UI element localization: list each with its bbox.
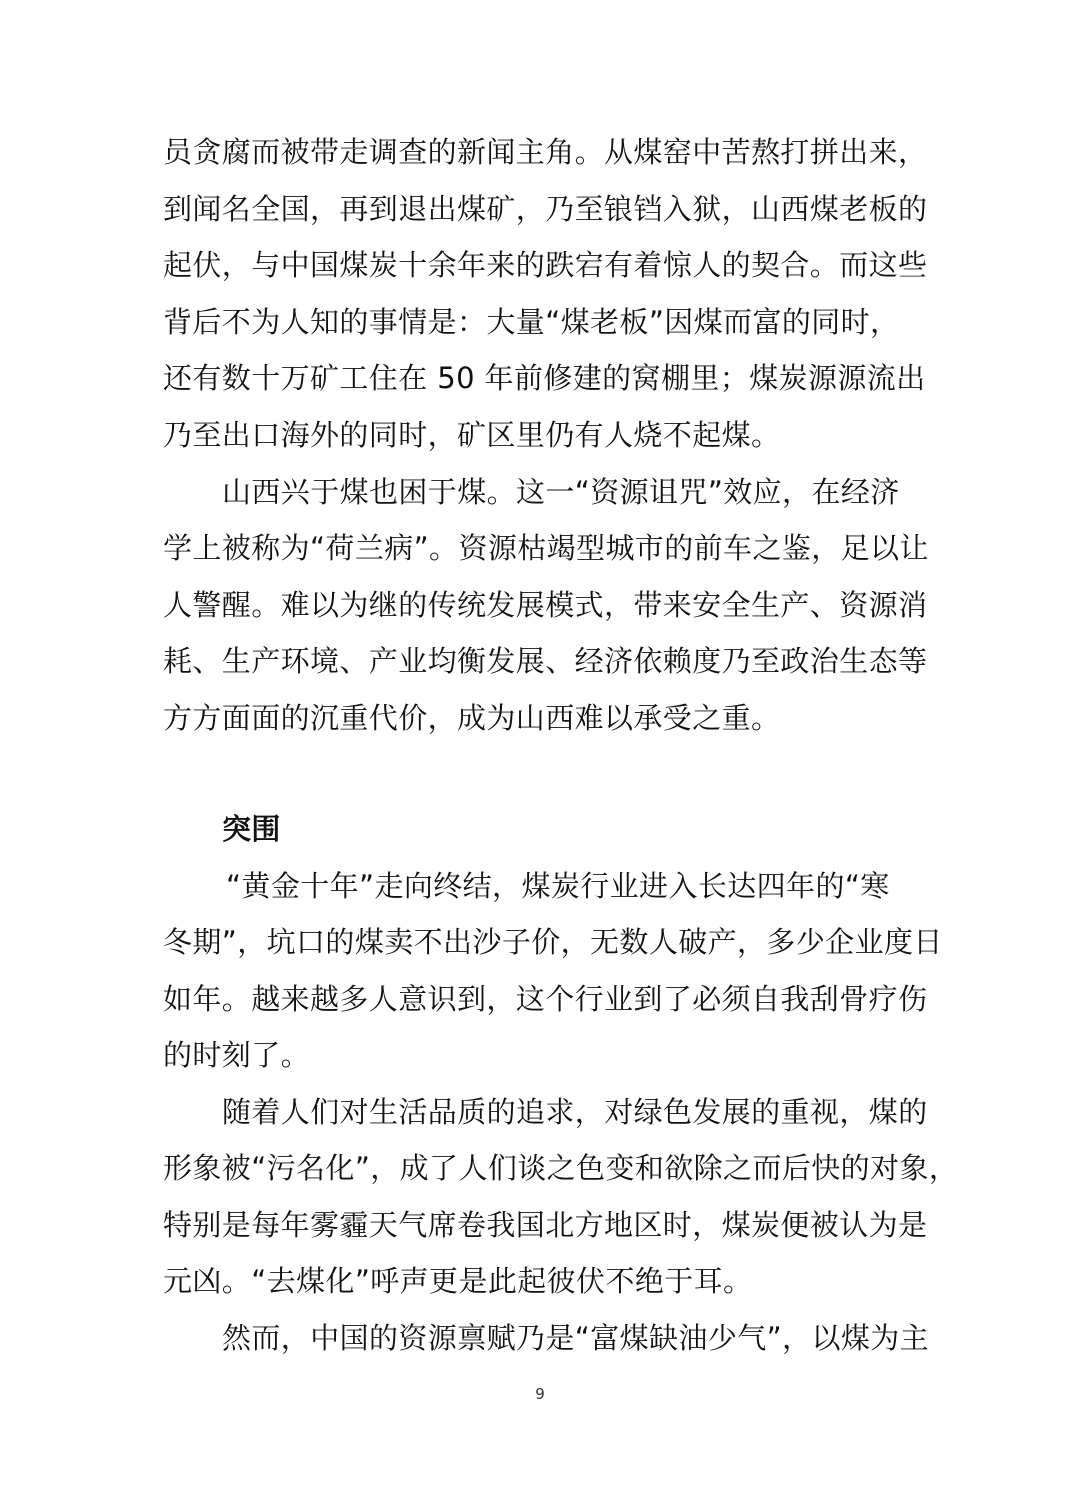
text-line: 学上被称为“荷兰病”。资源枯竭型城市的前车之鉴，足以让 (163, 528, 923, 568)
text-line: 方方面面的沉重代价，成为山西难以承受之重。 (163, 698, 923, 738)
text-line: 还有数十万矿工住在 50 年前修建的窝棚里；煤炭源源流出 (163, 358, 923, 398)
text-line: 耗、生产环境、产业均衡发展、经济依赖度乃至政治生态等 (163, 641, 923, 681)
text-line: “黄金十年”走向终结，煤炭行业进入长达四年的“寒 (226, 866, 986, 906)
section-heading: 突围 (222, 809, 982, 849)
text-line: 的时刻了。 (163, 1035, 923, 1075)
text-line: 员贪腐而被带走调查的新闻主角。从煤窑中苦熬打拼出来， (163, 132, 923, 172)
page-number: 9 (0, 1385, 1080, 1403)
text-line: 形象被“污名化”，成了人们谈之色变和欲除之而后快的对象， (163, 1148, 943, 1188)
text-line: 特别是每年雾霾天气席卷我国北方地区时，煤炭便被认为是 (163, 1205, 923, 1245)
document-page: 员贪腐而被带走调查的新闻主角。从煤窑中苦熬打拼出来， 到闻名全国，再到退出煤矿，… (0, 0, 1080, 1497)
text-line: 到闻名全国，再到退出煤矿，乃至锒铛入狱，山西煤老板的 (163, 189, 923, 229)
text-line: 如年。越来越多人意识到，这个行业到了必须自我刮骨疗伤 (163, 979, 923, 1019)
text-line: 背后不为人知的事情是：大量“煤老板”因煤而富的同时， (163, 302, 923, 342)
text-line: 然而，中国的资源禀赋乃是“富煤缺油少气”，以煤为主 (222, 1318, 982, 1358)
text-line: 乃至出口海外的同时，矿区里仍有人烧不起煤。 (163, 415, 923, 455)
text-line: 元凶。“去煤化”呼声更是此起彼伏不绝于耳。 (163, 1261, 923, 1301)
text-line: 人警醒。难以为继的传统发展模式，带来安全生产、资源消 (163, 585, 923, 625)
text-line: 山西兴于煤也困于煤。这一“资源诅咒”效应，在经济 (222, 472, 982, 512)
text-line: 随着人们对生活品质的追求，对绿色发展的重视，煤的 (222, 1092, 982, 1132)
text-line: 冬期”，坑口的煤卖不出沙子价，无数人破产，多少企业度日 (163, 922, 923, 962)
text-line: 起伏，与中国煤炭十余年来的跌宕有着惊人的契合。而这些 (163, 245, 923, 285)
